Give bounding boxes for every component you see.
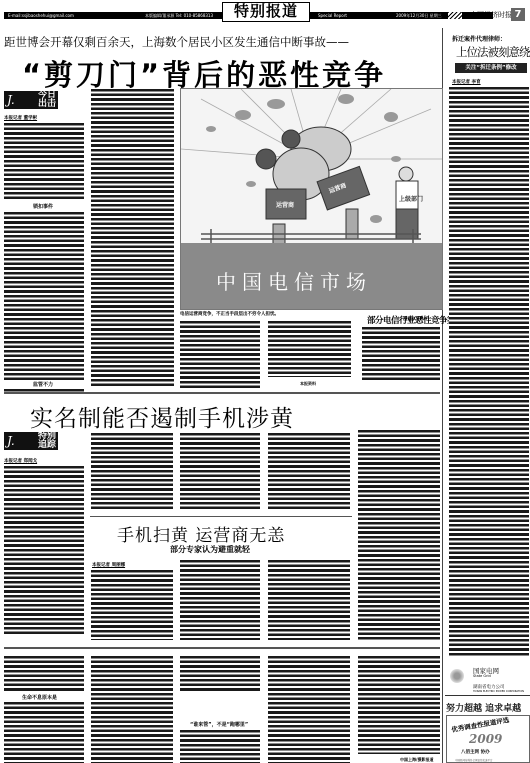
section-divider-1 — [4, 392, 440, 394]
section-divider-3 — [4, 647, 440, 649]
state-grid-logo-icon — [450, 669, 464, 683]
cartoon-illustration: 运营商 运营商 上级部门 中国电信市场 — [180, 88, 443, 310]
right-headline: 上位法被刻意绕开 — [456, 44, 530, 60]
section-english: Special Report — [318, 12, 347, 19]
cartoon-caption: 电信运营商竞争，不正当手段层出不穷令人担忧。 — [180, 311, 279, 317]
state-grid-ad[interactable]: 国家电网 State Grid 湖南省电力公司 HUNAN ELECTRIC P… — [445, 663, 530, 696]
right-kicker: 拆迁案件代理律师： — [452, 34, 506, 43]
lead-body-col1b — [4, 212, 84, 380]
story2-body-col4 — [268, 433, 350, 511]
award-ad[interactable]: 优秀调查性报道评选 2009 八佰主网 协办 中国新闻传媒协会调查性报道平台 — [446, 715, 530, 763]
lower-body-col3b — [180, 730, 260, 763]
award-footer: 中国新闻传媒协会调查性报道平台 — [455, 758, 493, 762]
lead-body-col3 — [180, 321, 260, 389]
lead-kicker: 距世博会开幕仅剩百余天，上海数个居民小区发生通信中断事故—— — [4, 34, 349, 50]
story3-byline: 本报记者 周丽娜 — [92, 562, 125, 568]
section-divider-2 — [90, 516, 352, 517]
lower-body-col3a — [180, 656, 260, 692]
column-logo-label: 特别 追踪 — [36, 432, 58, 450]
paper-name: 中国经济时报 — [470, 10, 512, 20]
lead-body-col4 — [268, 321, 351, 377]
lead-subhead-1: 锁扣事件 — [33, 203, 53, 210]
column-logo-icon: J. — [4, 91, 36, 109]
column-logo-icon: J. — [4, 432, 36, 450]
story3-body-col3 — [268, 560, 350, 640]
lower-body-col1a — [4, 656, 84, 692]
page-masthead: E-mail:ssjibaoshehui@gmail.com 本版编辑/董承源 … — [0, 0, 530, 22]
award-sponsor: 八佰主网 协办 — [461, 749, 490, 755]
masthead-email: E-mail:ssjibaoshehui@gmail.com — [8, 12, 74, 19]
hatch-ornament — [448, 12, 462, 19]
svg-text:运营商: 运营商 — [276, 201, 294, 209]
story3-subheadline: 部分专家认为避重就轻 — [170, 544, 250, 555]
story3-body-col1 — [91, 570, 173, 640]
right-topic-tag: 关注“拆迁条例”修改 — [455, 63, 527, 73]
svg-text:上级部门: 上级部门 — [399, 195, 423, 203]
lead-byline: 本报记者 董学彬 — [4, 115, 37, 121]
story3-headline: 手机扫黄 运营商无恙 — [117, 521, 285, 546]
story2-byline: 本报记者 郑闻戈 — [4, 458, 37, 464]
lower-body-col5 — [358, 656, 440, 754]
column-logo-today: J. 今日 出击 — [4, 91, 58, 109]
right-byline: 本报记者 李育 — [452, 79, 481, 85]
story2-headline: 实名制能否遏制手机涉黄 — [30, 400, 294, 433]
story2-body-col1 — [4, 466, 84, 634]
sidebar-body — [362, 327, 440, 381]
story3-source: 中国上海/摄影报道 — [400, 757, 433, 763]
right-body — [449, 87, 529, 657]
page-number: 7 — [511, 8, 525, 21]
story2-body-col3 — [180, 433, 260, 511]
lower-body-col1b — [4, 702, 84, 763]
story3-subhead-2: “谁来管”，不是“跑哪里” — [190, 721, 248, 728]
lead-body-col2 — [91, 89, 174, 387]
section-title: 特别报道 — [222, 2, 310, 22]
story2-body-col2 — [91, 433, 173, 511]
ad-company-en: State Grid — [473, 674, 491, 678]
story3-subhead-1: 生命不息原本是 — [22, 694, 57, 701]
cartoon-banner-text: 中国电信市场 — [216, 266, 372, 295]
story2-body-col5 — [358, 430, 440, 640]
masthead-editor: 本版编辑/董承源 Tel: 010-85868313 — [145, 12, 213, 19]
award-year: 2009 — [469, 732, 502, 746]
story3-body-col2 — [180, 560, 260, 640]
masthead-date: 2009年12月30日 星期三 — [396, 12, 442, 19]
column-logo-special-tracking: J. 特别 追踪 — [4, 432, 58, 450]
lower-body-col4 — [268, 656, 350, 763]
ad-slogan: 努力超越 追求卓越 — [446, 701, 521, 714]
cartoon-banner: 中国电信市场 — [181, 243, 442, 309]
lead-body-col1a — [4, 123, 84, 199]
column-logo-label: 今日 出击 — [36, 91, 58, 109]
lower-body-col2 — [91, 656, 173, 763]
lead-subhead-2: 监管不力 — [33, 381, 53, 388]
lead-source: 本报资料 — [300, 381, 316, 387]
ad-subsidiary-en: HUNAN ELECTRIC POWER CORPORATION — [473, 690, 524, 693]
